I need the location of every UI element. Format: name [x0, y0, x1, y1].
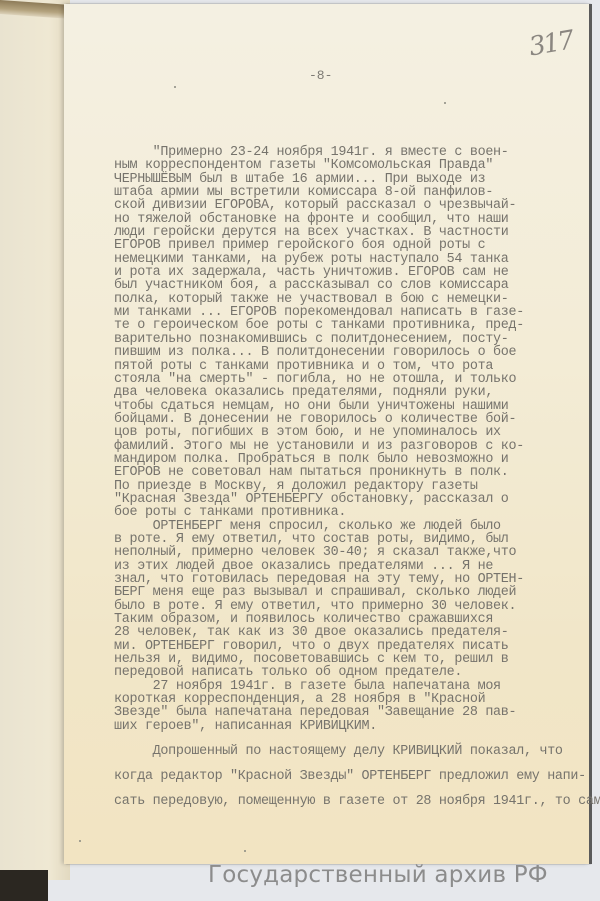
text-line: Звезде" была напечатана передовая "Завещ… [114, 706, 584, 719]
text-line: бойцами. В донесении не говорилось о кол… [114, 413, 584, 426]
text-line: ших героев", написанная КРИВИЦКИМ. [114, 720, 584, 733]
text-line: и рота их задержала, часть уничтожив. ЕГ… [114, 266, 584, 279]
archive-watermark: Государственный архив РФ [208, 862, 548, 888]
text-line: стояла "на смерть" - погибла, но не отош… [114, 373, 584, 386]
text-line: полка, который также не участвовал в бою… [114, 293, 584, 306]
text-line: ской дивизии ЕГОРОВА, который рассказал … [114, 199, 584, 212]
text-line: из этих людей двое оказались предателями… [114, 560, 584, 573]
text-line: знал, что готовилась передовая на эту те… [114, 573, 584, 586]
text-line: варительно познакомившись с политдонесен… [114, 333, 584, 346]
paper-speck [174, 86, 176, 88]
binding-shadow [0, 870, 48, 901]
text-line: мандиром полка. Пробраться в полк было н… [114, 453, 584, 466]
paper-speck [79, 840, 81, 842]
text-line: те о героическом бое роты с танками прот… [114, 319, 584, 332]
text-line: По приезде в Москву, я доложил редактору… [114, 480, 584, 493]
text-line: но тяжелой обстановке на фронте и сообщи… [114, 213, 584, 226]
paper-speck [444, 102, 446, 104]
text-line: ОРТЕНБЕРГ меня спросил, сколько же людей… [114, 520, 584, 533]
text-line: когда редактор "Красной Звезды" ОРТЕНБЕР… [114, 764, 600, 789]
text-line: фамилий. Этого мы не установили и из раз… [114, 440, 584, 453]
quoted-testimony: "Примерно 23-24 ноября 1941г. я вместе с… [114, 146, 584, 733]
text-line: в роте. Я ему ответил, что состав роты, … [114, 533, 584, 546]
text-line: 28 человек, так как из 30 двое оказались… [114, 626, 584, 639]
text-line: пятой роты с танками противника и о том,… [114, 360, 584, 373]
text-line: Таким образом, и появилось количество ср… [114, 613, 584, 626]
text-line: 27 ноября 1941г. в газете была напечатан… [114, 680, 584, 693]
text-line: пившим из полка... В политдонесении гово… [114, 346, 584, 359]
text-line: Допрошенный по настоящему делу КРИВИЦКИЙ… [114, 739, 600, 764]
text-line: "Красная Звезда" ОРТЕНБЕРГУ обстановку, … [114, 493, 584, 506]
paper-speck [244, 850, 246, 852]
text-line: бое роты с танками противника. [114, 506, 584, 519]
text-line: ЕГОРОВ не советовал нам пытаться проникн… [114, 466, 584, 479]
text-line: ЧЕРНЫШЁВЫМ был в штабе 16 армии... При в… [114, 173, 584, 186]
page-edge [589, 4, 592, 864]
text-line: "Примерно 23-24 ноября 1941г. я вместе с… [114, 146, 584, 159]
text-line: короткая корреспонденция, а 28 ноября в … [114, 693, 584, 706]
text-line: сать передовую, помещенную в газете от 2… [114, 789, 600, 814]
archive-binding [0, 0, 70, 880]
text-line: ЕГОРОВ привел пример геройского боя одно… [114, 239, 584, 252]
text-line: ми танками ... ЕГОРОВ порекомендовал нап… [114, 306, 584, 319]
handwritten-folio-number: 317 [527, 25, 575, 62]
text-line: ным корреспондентом газеты "Комсомольска… [114, 159, 584, 172]
text-line: БЕРГ меня еще раз вызывал и спрашивал, с… [114, 586, 584, 599]
text-line: штаба армии мы встретили комиссара 8-ой … [114, 186, 584, 199]
text-line: два человека оказались предателями, подн… [114, 386, 584, 399]
text-line: был участником боя, а рассказывал со сло… [114, 279, 584, 292]
narrative-text: Допрошенный по настоящему делу КРИВИЦКИЙ… [114, 739, 600, 814]
text-line: нельзя и, видимо, посоветовавшись с кем … [114, 653, 584, 666]
text-line: цов роты, погибших в этом бою, и не упом… [114, 426, 584, 439]
text-line: было в роте. Я ему ответил, что примерно… [114, 600, 584, 613]
document-page: 317 -8- "Примерно 23-24 ноября 1941г. я … [64, 4, 589, 864]
text-line: люди геройски дерутся на всех участках. … [114, 226, 584, 239]
text-line: неполный, примерно человек 30-40; я сказ… [114, 546, 584, 559]
text-line: чтобы сдаться немцам, но они были уничто… [114, 400, 584, 413]
text-line: ми. ОРТЕНБЕРГ говорил, что о двух предат… [114, 640, 584, 653]
page-number: -8- [309, 68, 332, 83]
text-line: немецкими танками, на рубеж роты наступа… [114, 253, 584, 266]
text-line: передовой написать только об одном преда… [114, 666, 584, 679]
